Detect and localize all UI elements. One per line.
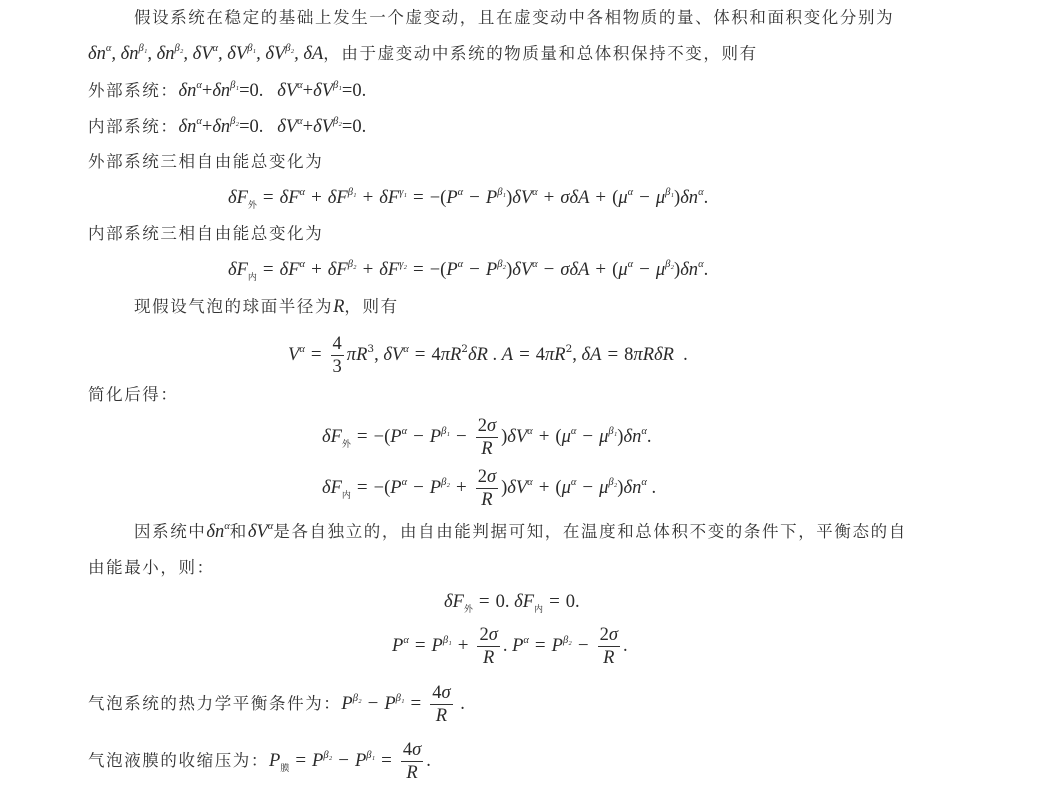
equation-simplified-outer: δF外=−(Pα−Pβ₁−2σR)δVα+(μα−μβ₁)δnα. [322, 413, 651, 461]
equation-outer-free-energy: δF外=δFα+δFβ₁+δFγ₁=−(Pα−Pβ₁)δVα+σδA+(μα−μ… [228, 186, 708, 210]
outer-system-label: 外部系统： [88, 81, 179, 100]
independence-paragraph-line1: 因系统中δnα和δVα是各自独立的，由自由能判据可知，在温度和总体积不变的条件下… [134, 520, 907, 544]
equilibrium-label: 气泡系统的热力学平衡条件为： [88, 694, 341, 713]
equation-simplified-inner: δF内=−(Pα−Pβ₂+2σR)δVα+(μα−μβ₂)δnα . [322, 464, 656, 512]
simplify-heading: 简化后得： [88, 383, 179, 407]
contraction-pressure: 气泡液膜的收缩压为：P膜=Pβ₂−Pβ₁=4σR. [88, 737, 431, 785]
equation-inner-free-energy: δF内=δFα+δFβ₂+δFγ₂=−(Pα−Pβ₂)δVα−σδA+(μα−μ… [228, 258, 708, 282]
equation-pressure-alpha: Pα=Pβ₁+2σR. Pα=Pβ₂−2σR. [392, 622, 628, 670]
equation-volume-area: Vα=43πR3, δVα=4πR2δR . A=4πR2, δA=8πRδR … [288, 331, 688, 379]
inner-system-constraint: 内部系统：δnα+δnβ₂=0. δVα+δVβ₂=0. [88, 115, 366, 139]
independence-paragraph-line2: 由能最小，则： [88, 556, 215, 580]
inner-system-label: 内部系统： [88, 117, 179, 136]
equation-free-energy-zero: δF外=0. δF内=0. [444, 590, 580, 614]
outer-system-constraint: 外部系统：δnα+δnβ₁=0. δVα+δVβ₁=0. [88, 79, 366, 103]
intro-tail-text: ，由于虚变动中系统的物质量和总体积保持不变，则有 [323, 44, 757, 63]
outer-free-energy-heading: 外部系统三相自由能总变化为 [88, 150, 323, 174]
radius-intro: 现假设气泡的球面半径为R，则有 [134, 295, 399, 319]
paragraph-intro-line2: δnα, δnβ₁, δnβ₂, δVα, δVβ₁, δVβ₂, δA，由于虚… [88, 42, 758, 66]
contraction-label: 气泡液膜的收缩压为： [88, 751, 269, 770]
paragraph-intro-line1: 假设系统在稳定的基础上发生一个虚变动，且在虚变动中各相物质的量、体积和面积变化分… [134, 6, 894, 30]
inner-free-energy-heading: 内部系统三相自由能总变化为 [88, 222, 323, 246]
equilibrium-condition: 气泡系统的热力学平衡条件为：Pβ₂−Pβ₁=4σR . [88, 680, 465, 728]
